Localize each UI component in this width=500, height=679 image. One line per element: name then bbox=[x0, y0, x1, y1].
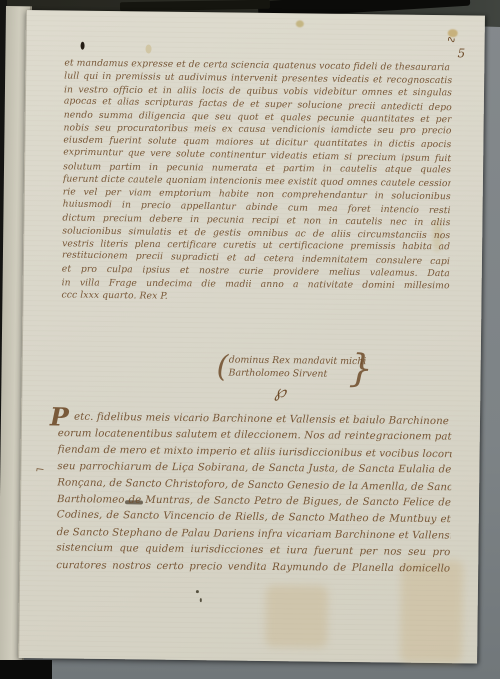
note-closing-brace: } bbox=[348, 346, 373, 390]
manuscript-photo: ∿ 5 et mandamus expresse et de certa sci… bbox=[0, 0, 500, 679]
note-open-paren: ( bbox=[216, 349, 228, 384]
lower-text-block: etc. fidelibus meis vicario Barchinone e… bbox=[56, 409, 452, 578]
paper-stain bbox=[145, 44, 151, 53]
ink-speck bbox=[196, 590, 199, 593]
manuscript-page: ∿ 5 et mandamus expresse et de certa sci… bbox=[18, 10, 485, 664]
note-line: Bartholomeo Sirvent bbox=[229, 367, 359, 382]
notary-paraph: ℘ bbox=[274, 382, 286, 402]
ink-blot bbox=[81, 42, 85, 50]
marginal-mark: ⌐ bbox=[34, 463, 45, 477]
paper-stain bbox=[296, 20, 304, 27]
folio-number: 5 bbox=[457, 46, 465, 60]
text-line: curatores nostros certo precio vendita R… bbox=[56, 558, 450, 578]
ink-speck bbox=[200, 598, 202, 602]
paper-stain bbox=[448, 29, 458, 37]
upper-text-block: et mandamus expresse et de certa scienci… bbox=[61, 57, 452, 307]
bottom-stain bbox=[265, 585, 328, 648]
chancery-note: dominus Rex mandavit michi Bartholomeo S… bbox=[229, 354, 359, 382]
table-shadow-patch bbox=[0, 660, 52, 679]
